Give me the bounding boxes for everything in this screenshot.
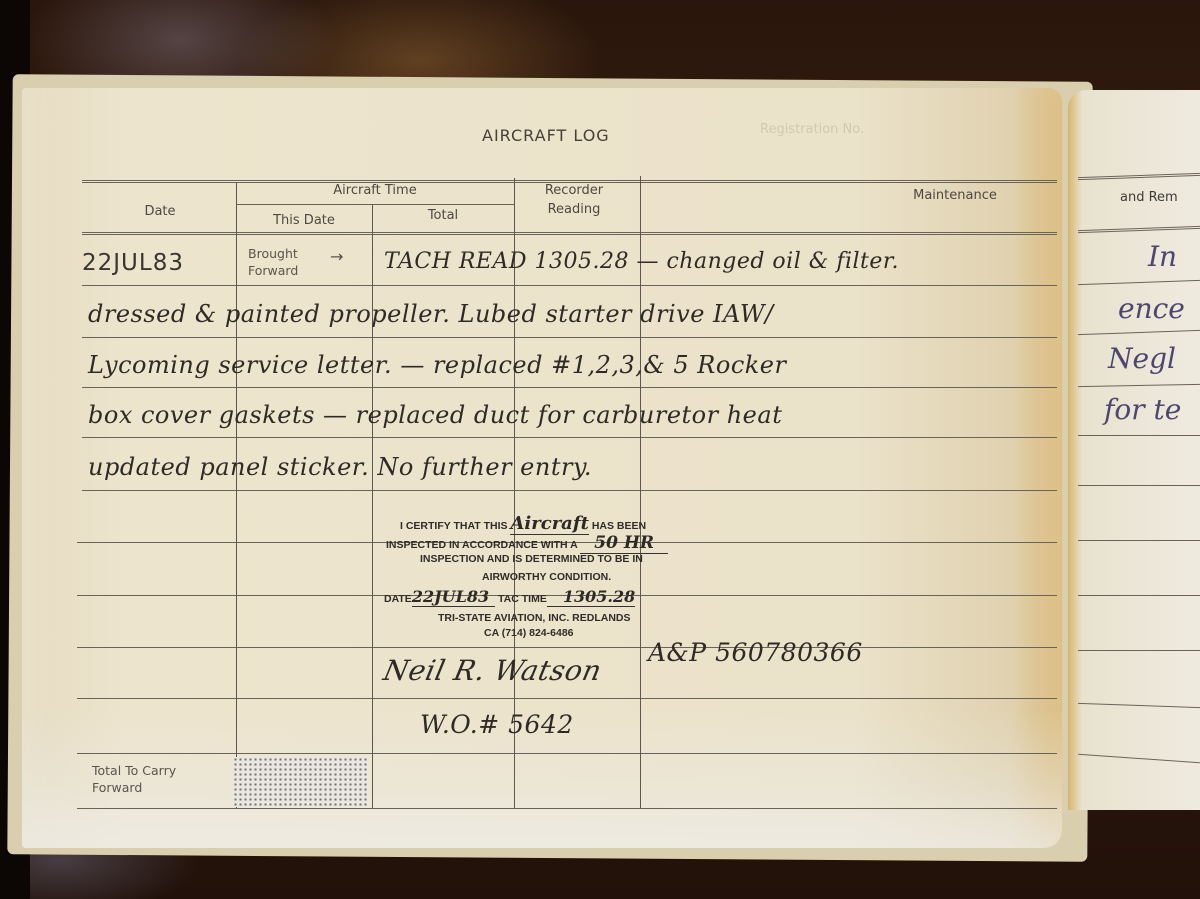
- row-rule: [82, 437, 1057, 438]
- header-total: Total: [372, 208, 514, 223]
- column-rule-date: [236, 182, 237, 808]
- row-rule: [77, 647, 1057, 648]
- aircraft-time-subrule: [236, 204, 514, 205]
- arrow-right-icon: →: [330, 248, 343, 265]
- remarks-line-4: for te: [1104, 393, 1181, 426]
- stamp-line-4: AIRWORTHY CONDITION.: [482, 571, 611, 583]
- stamp-inspection-type-fill: 50 HR: [580, 533, 668, 554]
- page-title: AIRCRAFT LOG: [482, 126, 610, 145]
- header-recorder-reading: Recorder Reading: [524, 181, 624, 219]
- remarks-line-2: ence: [1118, 292, 1185, 325]
- entry-line-4: box cover gaskets — replaced duct for ca…: [88, 401, 782, 429]
- stamp-tac-time-label: TAC TIME: [498, 593, 547, 605]
- entry-line-2: dressed & painted propeller. Lubed start…: [88, 300, 774, 328]
- row-rule: [77, 698, 1057, 699]
- stamp-aircraft-fill: Aircraft: [510, 513, 588, 535]
- stamp-line-3: INSPECTION AND IS DETERMINED TO BE IN: [420, 553, 643, 565]
- right-row-rule: [1078, 485, 1200, 486]
- mechanic-certificate-number: A&P 560780366: [648, 638, 863, 667]
- header-this-date: This Date: [236, 213, 372, 228]
- stamp-phone: CA (714) 824-6486: [484, 627, 574, 639]
- row-rule: [82, 285, 1057, 286]
- right-row-rule: [1078, 540, 1200, 541]
- row-rule: [82, 387, 1057, 388]
- header-date: Date: [100, 204, 220, 219]
- right-row-rule: [1078, 650, 1200, 651]
- stamp-date-line: DATE22JUL83 TAC TIME1305.28: [384, 587, 635, 606]
- entry-line-5: updated panel sticker. No further entry.: [88, 453, 592, 481]
- entry-line-3: Lycoming service letter. — replaced #1,2…: [88, 351, 786, 379]
- row-rule: [82, 490, 1057, 491]
- entry-date: 22JUL83: [82, 250, 184, 276]
- remarks-line-1: In: [1148, 240, 1177, 273]
- right-row-rule: [1078, 595, 1200, 596]
- stamp-company: TRI-STATE AVIATION, INC. REDLANDS: [438, 612, 631, 624]
- stamp-line-1-prefix: I CERTIFY THAT THIS: [400, 520, 508, 532]
- entry-line-1: TACH READ 1305.28 — changed oil & filter…: [384, 249, 899, 274]
- table-bottom-rule: [77, 808, 1057, 809]
- row-rule: [77, 753, 1057, 754]
- header-remarks-partial: and Rem: [1120, 190, 1200, 205]
- row-rule: [82, 337, 1057, 338]
- stamp-tac-time-fill: 1305.28: [547, 587, 635, 607]
- stamp-line-1-suffix: HAS BEEN: [592, 520, 646, 532]
- stamp-date-label: DATE: [384, 593, 412, 605]
- total-carry-forward-label: Total To Carry Forward: [92, 762, 222, 796]
- stamp-line-2-prefix: INSPECTED IN ACCORDANCE WITH A: [386, 539, 577, 551]
- right-row-rule: [1078, 435, 1200, 436]
- mechanic-signature: Neil R. Watson: [380, 654, 604, 687]
- stamp-date-fill: 22JUL83: [412, 587, 495, 607]
- header-maintenance: Maintenance: [880, 188, 1030, 203]
- bleed-through-text: Registration No.: [760, 122, 864, 137]
- header-aircraft-time: Aircraft Time: [236, 183, 514, 198]
- work-order-number: W.O.# 5642: [420, 710, 574, 739]
- brought-forward-label: Brought Forward: [248, 245, 318, 279]
- column-rule-this-date: [372, 204, 373, 808]
- shaded-cell: [233, 757, 368, 807]
- remarks-line-3: Negl: [1108, 342, 1176, 375]
- stamp-line-2: INSPECTED IN ACCORDANCE WITH A 50 HR: [386, 533, 668, 553]
- stamp-line-1: I CERTIFY THAT THIS Aircraft HAS BEEN: [400, 513, 646, 534]
- header-bottom-rule: [82, 232, 1057, 235]
